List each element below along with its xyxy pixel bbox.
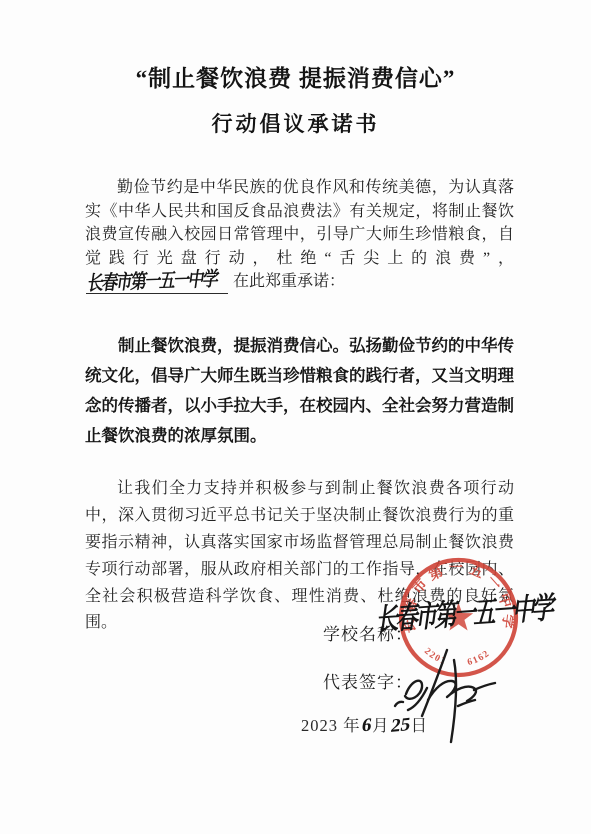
signature-stroke: [395, 702, 403, 706]
date-month-unit: 月: [372, 716, 390, 735]
paragraph-intro-tail: 在此郑重承诺：: [233, 273, 345, 290]
paragraph-commitment: 制止餐饮浪费，提振消费信心。弘扬勤俭节约的中华传统文化，倡导广大师生既当珍惜粮食…: [85, 331, 514, 451]
date-year: 2023 年: [301, 716, 361, 735]
pledge-document-page: “制止餐饮浪费 提振消费信心” 行动倡议承诺书 勤俭节约是中华民族的优良作风和传…: [0, 0, 591, 834]
paragraph-intro-text: 勤俭节约是中华民族的优良作风和传统美德，为认真落实《中华人民共和国反食品浪费法》…: [85, 179, 514, 267]
date-month-handwritten: 6: [360, 715, 373, 738]
school-name-blank-underline: 长春市第一五一中学: [86, 273, 228, 294]
signature-stroke: [405, 681, 422, 699]
document-subtitle: 行动倡议承诺书: [0, 108, 591, 138]
paragraph-intro: 勤俭节约是中华民族的优良作风和传统美德，为认真落实《中华人民共和国反食品浪费法》…: [85, 176, 514, 294]
signature-stroke: [451, 660, 456, 742]
document-title: “制止餐饮浪费 提振消费信心”: [0, 60, 591, 93]
handwritten-school-name-inline: 长春市第一五一中学: [86, 269, 219, 297]
representative-signature-handwriting: [392, 644, 510, 752]
signature-stroke: [474, 683, 495, 690]
